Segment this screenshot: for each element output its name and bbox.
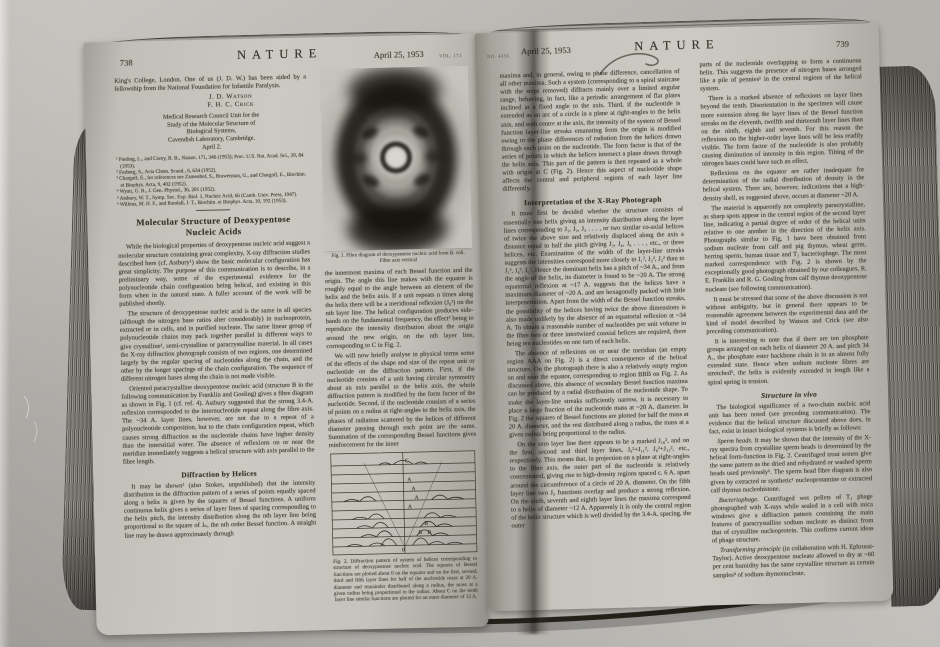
body-paragraph: The absence of reflexions on or near the… [507,346,689,440]
body-paragraph: While the biological properties of deoxy… [118,240,311,309]
right-page-column-2: parts of the nucleotide overlapping to f… [699,57,875,601]
fig2-label-b: B [427,530,431,536]
fig2-label-b: B [424,521,428,527]
body-paragraph: The structure of deoxypentose nucleic ac… [119,307,313,384]
body-paragraph: Oriented paracrystalline deoxypentose nu… [121,381,315,466]
fig2-label-zero: 0 [402,547,405,553]
body-paragraph: Bacteriophage. Centrifuged wet pellets o… [711,493,874,546]
watson-crick-closing-paragraph: King's College, London. One of us (J. D.… [114,73,306,94]
body-paragraph: The material is apparently not completel… [703,201,867,294]
fig1-caption-line2: Fibre axis vertical [380,257,418,264]
paragraph-lead-bacteriophage: Bacteriophage. [719,496,759,504]
body-paragraph: We will now briefly analyse in physical … [326,349,476,449]
body-paragraph: The biological significance of a two-cha… [708,400,871,437]
section-heading-diffraction-by-helices: Diffraction by Helices [123,467,315,480]
paragraph-lead-sperm-heads: Sperm heads. [717,437,753,445]
fig2-label-c: C [405,458,409,464]
body-paragraph: Reflexions on the equator are rather ina… [702,166,865,203]
left-page-column-2: Fig. 1. Fibre diagram of deoxypentose nu… [320,66,480,621]
section-heading-structure-in-vivo: Structure in vivo [708,388,870,401]
fig2-label-a: A [407,477,411,483]
address-block: Medical Research Council Unit for the St… [115,111,308,153]
open-book: 738 NATURE April 25, 1953 VOL. 171 King'… [48,8,940,644]
photo-left-light-edge [0,0,10,647]
left-page: 738 NATURE April 25, 1953 VOL. 171 King'… [83,34,488,636]
book-photograph: 738 NATURE April 25, 1953 VOL. 171 King'… [0,0,940,647]
fig2-caption: Fig. 2. Diffraction pattern of system of… [333,556,478,604]
fig2-label-a: A [415,495,419,501]
volume-label: VOL. 171 [439,54,462,60]
body-paragraph: On the zero layer line there appears to … [509,437,691,531]
reference-list: ¹ Pauling, L., and Corey, R. B., Nature,… [116,153,309,209]
section-divider-rule [196,210,230,212]
right-page-number: 739 [836,39,849,49]
fig2-label-b: B [418,530,422,536]
body-paragraph: It must be stressed that some of the abo… [705,292,868,337]
article-title: Molecular Structure of Deoxypentose Nucl… [123,214,303,239]
body-paragraph: It may be shown² (also Stokes, unpublish… [123,479,316,540]
gutter-curl-mark [596,48,666,82]
fig2-label-a: A [408,504,412,510]
body-paragraph: Sperm heads. It may be shown that the in… [709,434,872,495]
fig1-xray-diffraction-photograph [320,66,472,251]
fig2-bessel-diagram: A A A A B B B C 0 [330,450,478,557]
body-paragraph: the innermost maxima of each Bessel func… [325,267,475,351]
body-paragraph: maxima and, in general, owing to phase d… [500,68,683,194]
left-page-column-1: King's College, London. One of us (J. D.… [114,73,318,622]
fig1-caption: Fig. 1. Fibre diagram of deoxypentose nu… [326,250,470,266]
issue-date-left: April 25, 1953 [374,49,424,60]
body-paragraph: Transforming principle (in collaboration… [712,543,875,580]
right-page: NO. 4356 April 25, 1953 NATURE 739 maxim… [475,23,894,611]
body-paragraph: There is a marked absence of reflexions … [700,92,864,169]
photo-scratch-marks [18,388,48,448]
right-page-column-1: maxima and, in general, owing to phase d… [500,68,694,601]
body-paragraph: It is interesting to note that if there … [707,334,870,387]
fig2-label-a: A [411,486,415,492]
body-paragraph: parts of the nucleotide overlapping to f… [699,57,862,94]
body-paragraph: It must first be decided whether the str… [503,206,687,348]
journal-title-right: NATURE [475,33,879,59]
